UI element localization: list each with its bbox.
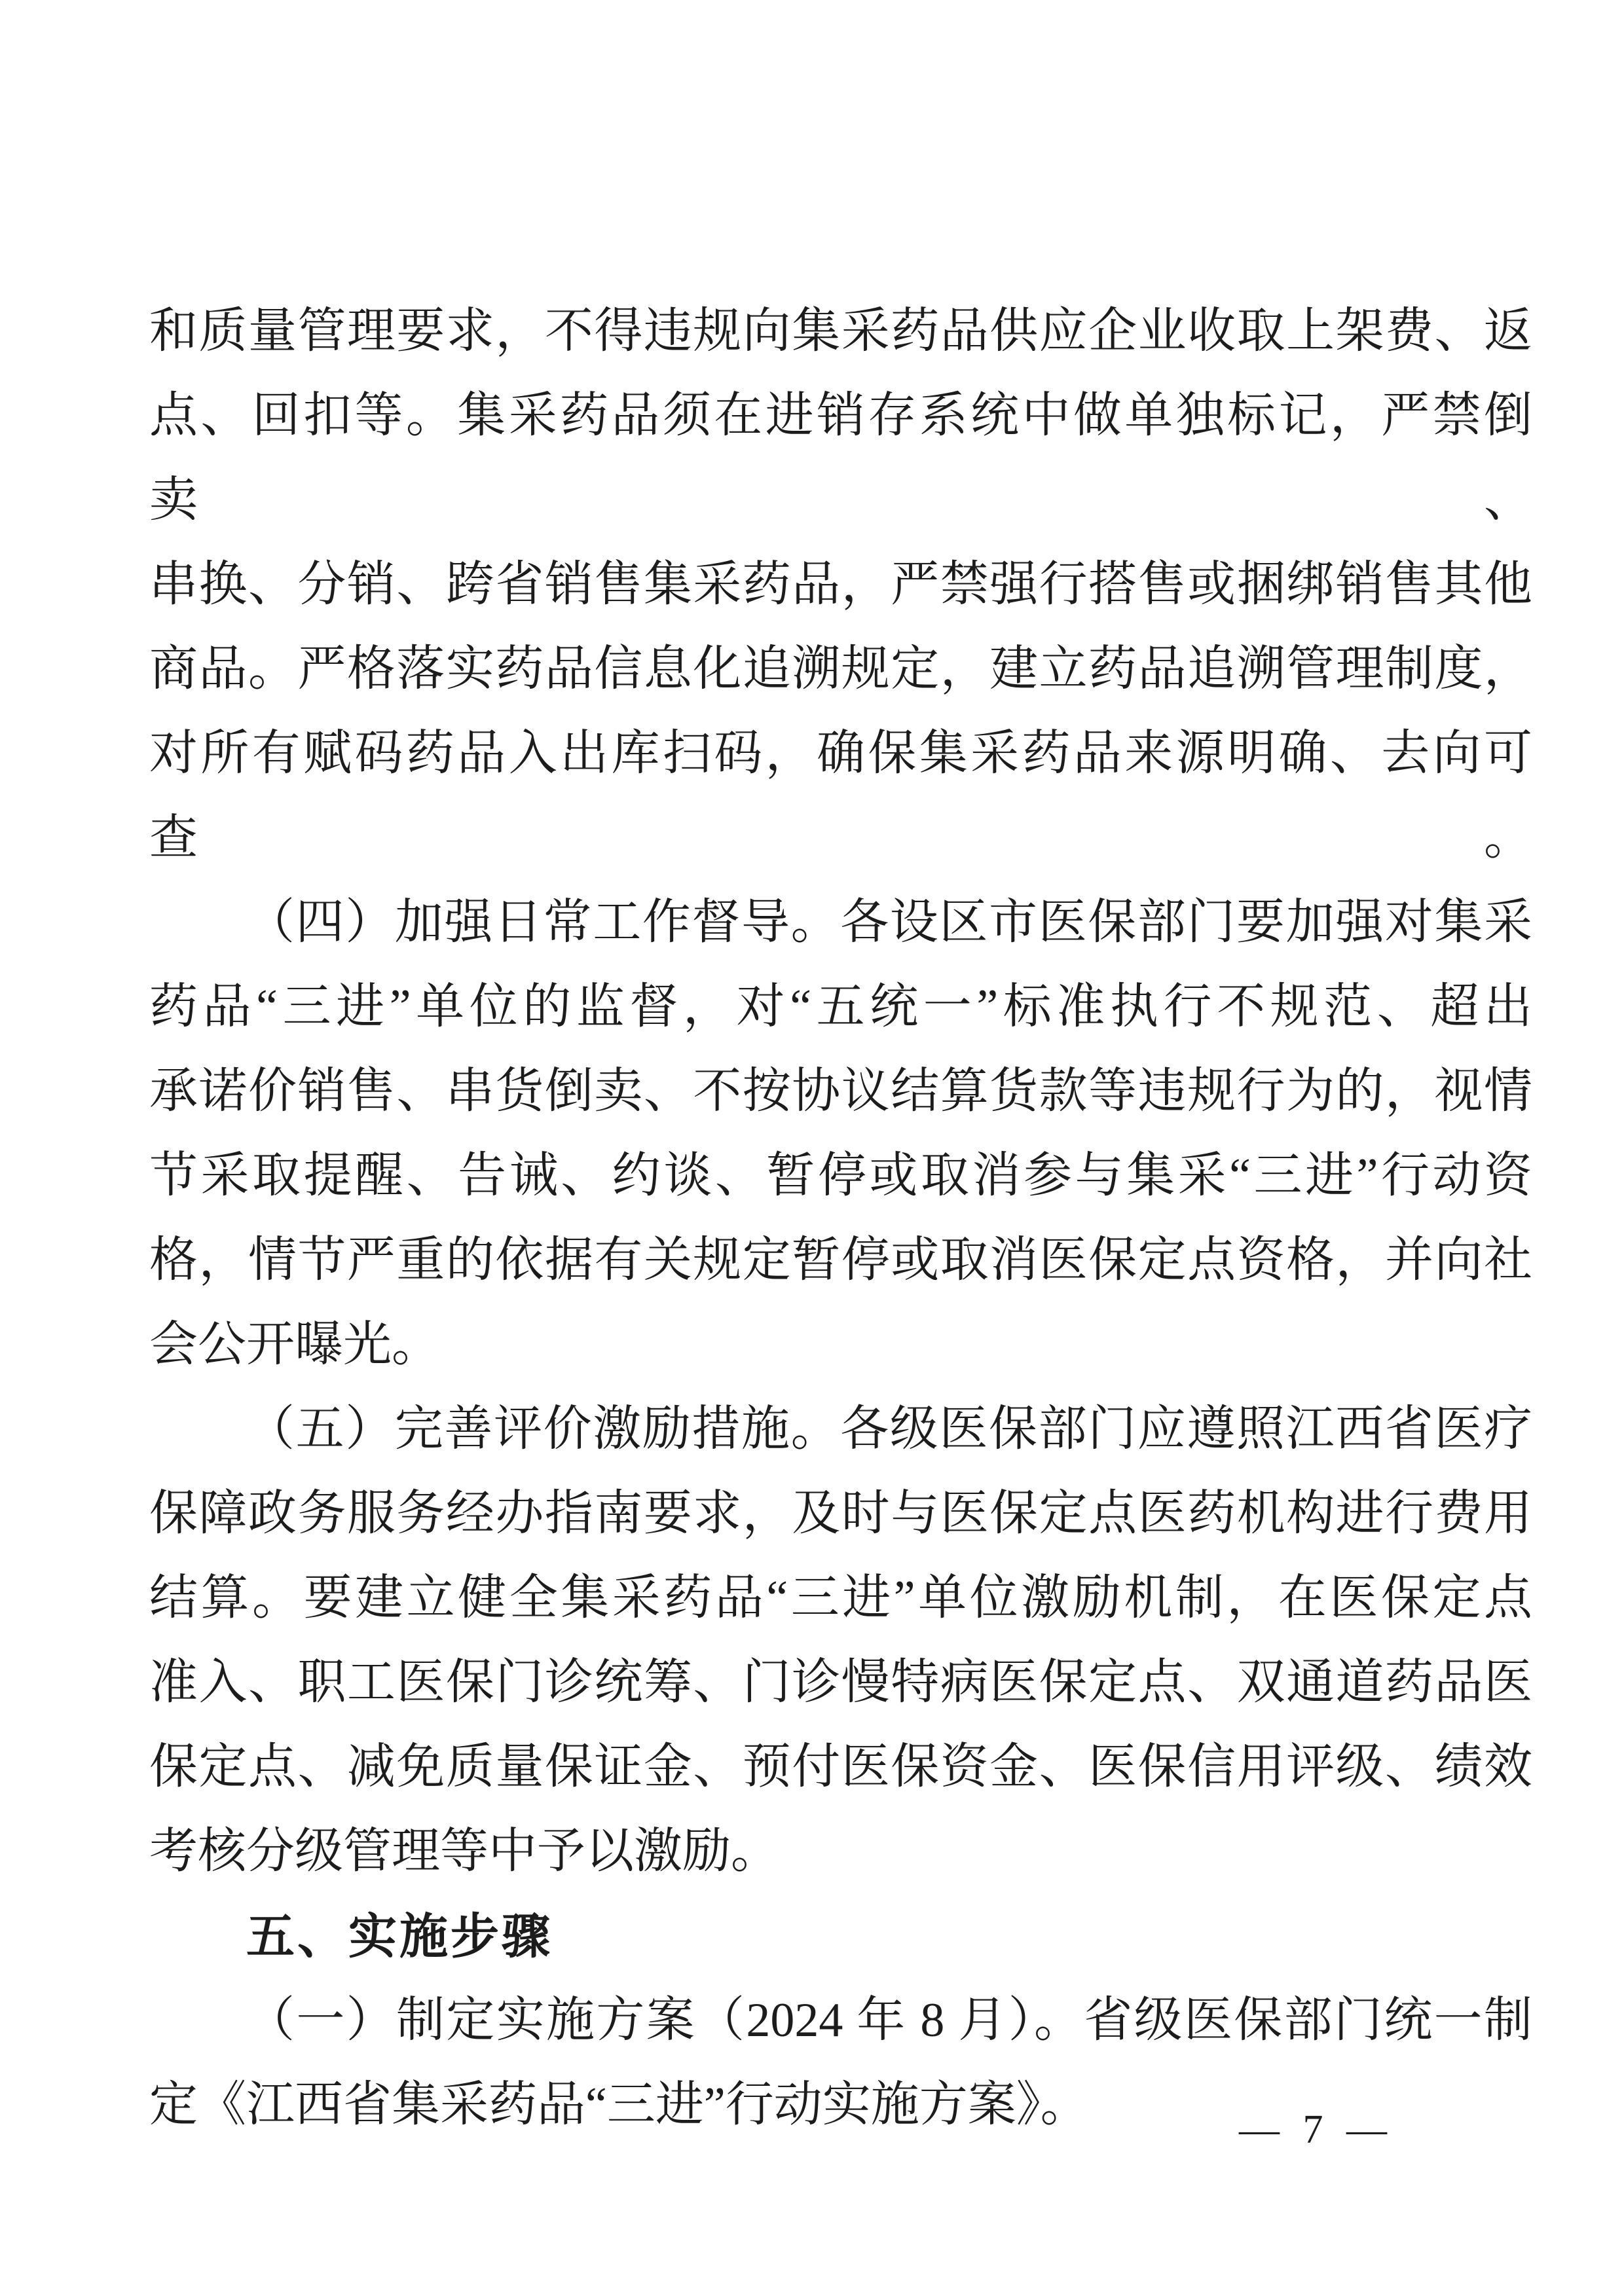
document-line: 结算。要建立健全集采药品“三进”单位激励机制，在医保定点 <box>149 1556 1532 1641</box>
document-line: 商品。严格落实药品信息化追溯规定，建立药品追溯管理制度， <box>149 627 1532 712</box>
document-line: 节采取提醒、告诫、约谈、暂停或取消参与集采“三进”行动资 <box>149 1134 1532 1218</box>
section-heading: 五、实施步骤 <box>149 1894 1532 1978</box>
document-line-paragraph-end: 会公开曝光。 <box>149 1303 1532 1387</box>
document-line: 和质量管理要求，不得违规向集采药品供应企业收取上架费、返 <box>149 289 1532 374</box>
page-number: — 7 — <box>1239 2107 1393 2152</box>
document-line-paragraph-start: （五）完善评价激励措施。各级医保部门应遵照江西省医疗 <box>149 1387 1532 1472</box>
document-body: 和质量管理要求，不得违规向集采药品供应企业收取上架费、返 点、回扣等。集采药品须… <box>149 289 1532 2147</box>
document-line: 格，情节严重的依据有关规定暂停或取消医保定点资格，并向社 <box>149 1218 1532 1303</box>
document-line-paragraph-start: （四）加强日常工作督导。各设区市医保部门要加强对集采 <box>149 881 1532 965</box>
document-line: 准入、职工医保门诊统筹、门诊慢特病医保定点、双通道药品医 <box>149 1641 1532 1725</box>
document-line: 点、回扣等。集采药品须在进销存系统中做单独标记，严禁倒卖、 <box>149 374 1532 543</box>
document-line: 串换、分销、跨省销售集采药品，严禁强行搭售或捆绑销售其他 <box>149 543 1532 627</box>
document-line: 对所有赋码药品入出库扫码，确保集采药品来源明确、去向可查。 <box>149 712 1532 881</box>
document-line: 保障政务服务经办指南要求，及时与医保定点医药机构进行费用 <box>149 1472 1532 1556</box>
document-line: 保定点、减免质量保证金、预付医保资金、医保信用评级、绩效 <box>149 1725 1532 1810</box>
page-footer: — 7 — <box>1239 2109 1393 2150</box>
document-line-paragraph-end: 考核分级管理等中予以激励。 <box>149 1810 1532 1894</box>
document-line: 承诺价销售、串货倒卖、不按协议结算货款等违规行为的，视情 <box>149 1049 1532 1134</box>
document-line: 药品“三进”单位的监督，对“五统一”标准执行不规范、超出 <box>149 965 1532 1049</box>
document-line-paragraph-start: （一）制定实施方案（2024 年 8 月）。省级医保部门统一制 <box>149 1978 1532 2063</box>
document-page: 和质量管理要求，不得违规向集采药品供应企业收取上架费、返 点、回扣等。集采药品须… <box>0 0 1624 2296</box>
